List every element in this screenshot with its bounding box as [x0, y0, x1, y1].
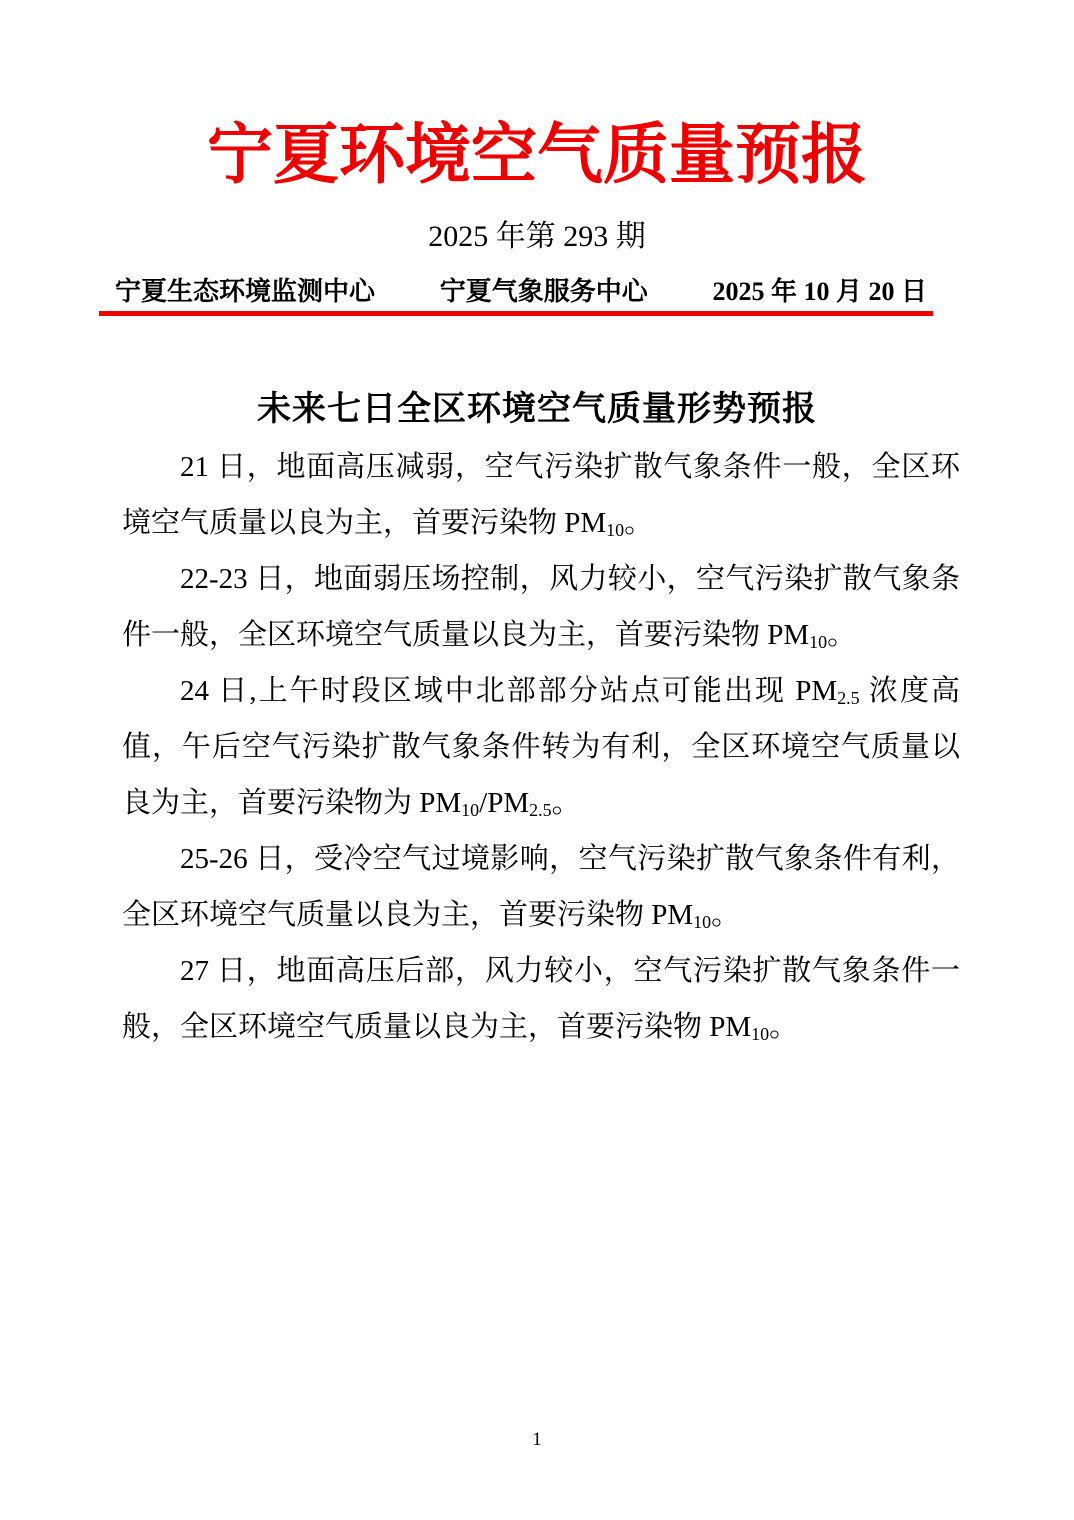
page-number: 1: [0, 1428, 1074, 1452]
body-paragraphs: 21 日，地面高压减弱，空气污染扩散气象条件一般，全区环境空气质量以良为主，首要…: [122, 439, 960, 1055]
issue-number: 2025 年第 293 期: [0, 218, 1074, 256]
body-paragraph: 25-26 日，受冷空气过境影响，空气污染扩散气象条件有利，全区环境空气质量以良…: [122, 831, 960, 943]
issue-date: 2025 年 10 月 20 日: [712, 276, 927, 308]
body-paragraph: 22-23 日，地面弱压场控制，风力较小，空气污染扩散气象条件一般，全区环境空气…: [122, 551, 960, 663]
body-paragraph: 27 日，地面高压后部，风力较小，空气污染扩散气象条件一般，全区环境空气质量以良…: [122, 943, 960, 1055]
body-paragraph: 24 日,上午时段区域中北部部分站点可能出现 PM2.5 浓度高值，午后空气污染…: [122, 663, 960, 831]
red-divider-rule: [99, 311, 933, 316]
pollutant-subscript: 2.5: [837, 688, 859, 708]
body-paragraph: 21 日，地面高压减弱，空气污染扩散气象条件一般，全区环境空气质量以良为主，首要…: [122, 439, 960, 551]
org-meteorological-center: 宁夏气象服务中心: [440, 276, 648, 308]
pollutant-subscript: 10: [693, 912, 711, 932]
page-title: 宁夏环境空气质量预报: [0, 108, 1074, 204]
section-title: 未来七日全区环境空气质量形势预报: [0, 386, 1074, 432]
pollutant-subscript: 10: [751, 1024, 769, 1044]
pollutant-subscript: 2.5: [529, 800, 551, 820]
pollutant-subscript: 10: [606, 520, 624, 540]
document-page: 宁夏环境空气质量预报 2025 年第 293 期 宁夏生态环境监测中心 宁夏气象…: [0, 0, 1074, 1520]
pollutant-subscript: 10: [461, 800, 479, 820]
header-row: 宁夏生态环境监测中心 宁夏气象服务中心 2025 年 10 月 20 日: [99, 276, 933, 308]
org-monitoring-center: 宁夏生态环境监测中心: [115, 276, 375, 308]
pollutant-subscript: 10: [809, 632, 827, 652]
